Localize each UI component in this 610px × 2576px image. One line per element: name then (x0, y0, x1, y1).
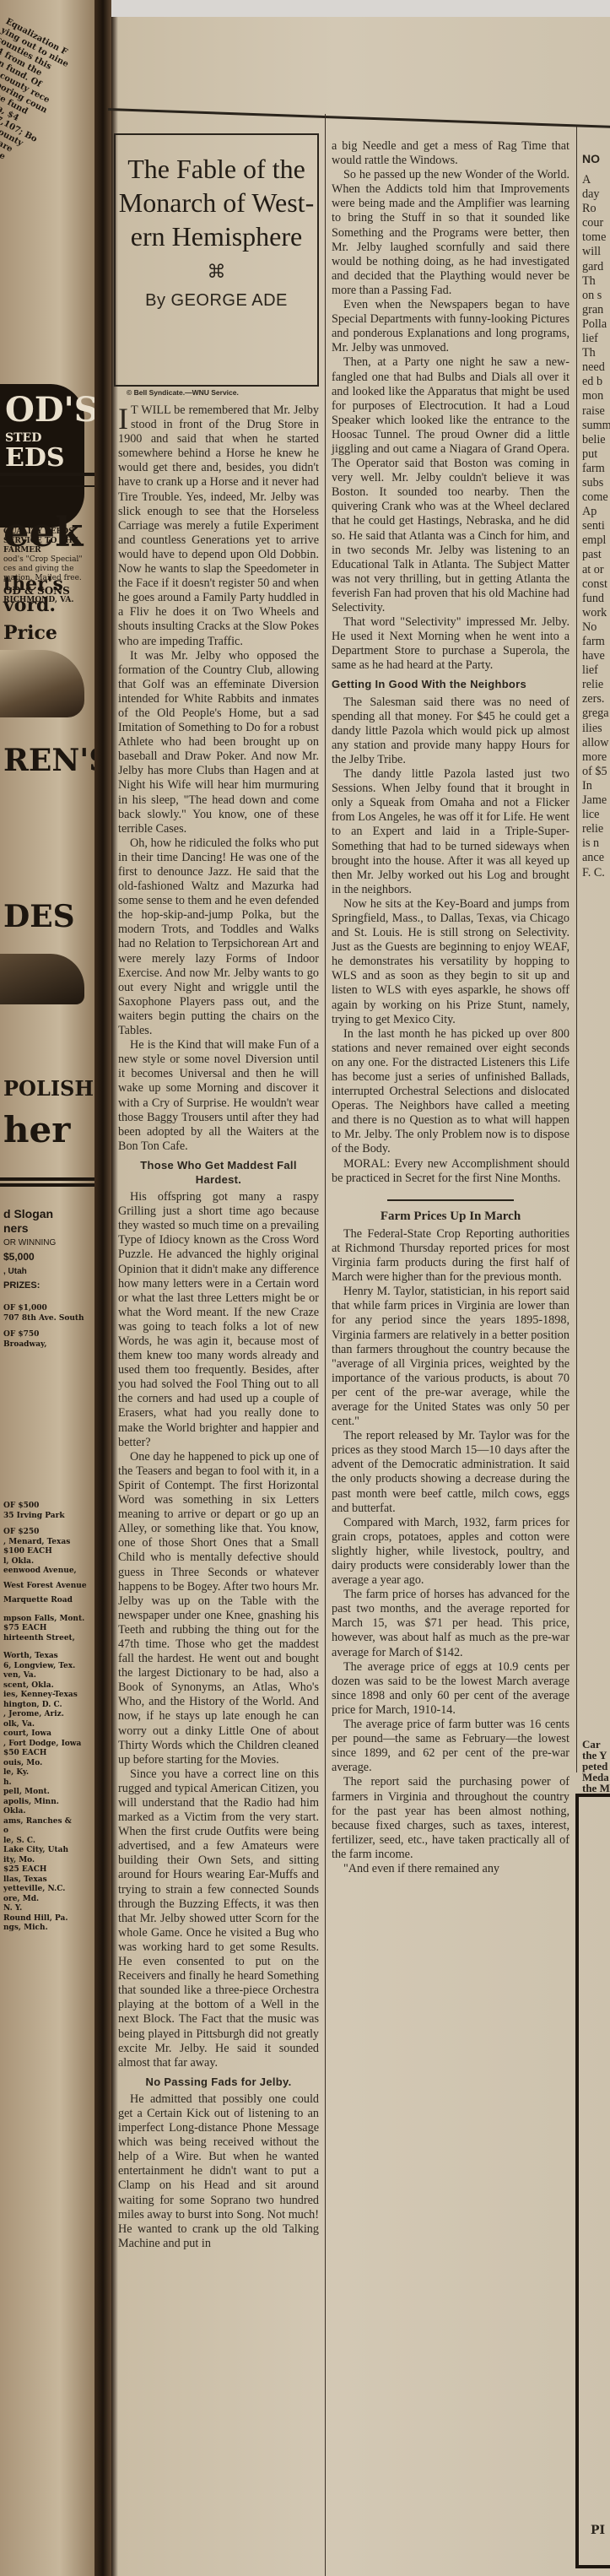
prize-line: pell, Mont. (3, 1788, 96, 1798)
article-paragraph: In the last month he has picked up over … (332, 1027, 570, 1157)
right-line: subs (582, 476, 610, 490)
article-paragraph: The dandy little Pazola lasted just two … (332, 767, 570, 897)
farm-paragraph: Henry M. Taylor, statistician, in his re… (332, 1285, 570, 1429)
prize-line: Marquette Road (3, 1596, 96, 1606)
prize-line: mpson Falls, Mont. (3, 1615, 96, 1625)
right-line: empl (582, 533, 610, 548)
drop-cap: I (118, 405, 128, 432)
right-line: Ro (582, 202, 610, 216)
polish-label: POLISH (3, 1079, 96, 1099)
farm-article-headline: Farm Prices Up In March (332, 1210, 570, 1224)
article-paragraph: Oh, how he ridiculed the folks who put i… (118, 836, 319, 1038)
prize-winners-list: OF $1,000 707 8th Ave. South OF $750 Bro… (3, 1304, 96, 1934)
shoe-illustration (0, 650, 84, 717)
ad-divider (0, 485, 100, 487)
shoe-ad-line2: vord. (3, 595, 96, 615)
ad-divider (0, 473, 100, 476)
right-line: of $5 (582, 765, 610, 779)
paragraph-text: T WILL be remembered that Mr. Jelby stoo… (118, 403, 319, 648)
prize-line: yetteville, N.C. (3, 1885, 96, 1895)
prize-line: $75 EACH (3, 1624, 96, 1634)
prize-line: 6, Longview, Tex. (3, 1662, 96, 1672)
right-line: come (582, 490, 610, 505)
prize-line: ngs, Mich. (3, 1924, 96, 1934)
prize-line: o (3, 1826, 96, 1837)
right-line: will (582, 245, 610, 259)
slogan-amount: $5,000 (3, 1250, 96, 1264)
article-column-2: a big Needle and get a mess of Rag Time … (332, 139, 570, 1876)
ad-divider (0, 1177, 100, 1181)
prize-line: h. (3, 1778, 96, 1789)
right-line: lief (582, 332, 610, 346)
farm-paragraph: The report said the purchasing power of … (332, 1775, 570, 1862)
right-line: Th (582, 274, 610, 289)
article-title: The Fable of the Monarch of West- ern He… (116, 152, 317, 253)
moral-paragraph: MORAL: Every new Accomplishment should b… (332, 1157, 570, 1186)
prize-line: OF $500 (3, 1502, 96, 1512)
right-line: belie (582, 433, 610, 447)
prize-line: Broadway, (3, 1340, 96, 1350)
prize-line: ams, Ranches & (3, 1817, 96, 1827)
right-line: mon (582, 389, 610, 403)
slogan-head2: ners (3, 1221, 96, 1236)
right-line: grega (582, 706, 610, 721)
prize-line: $100 EACH (3, 1547, 96, 1557)
article-paragraph: It was Mr. Jelby who opposed the formati… (118, 649, 319, 836)
article-column-1: IT WILL be remembered that Mr. Jelby sto… (118, 403, 319, 2251)
article-paragraph: He admitted that possibly one could get … (118, 2092, 319, 2251)
right-line: ilies (582, 722, 610, 736)
farm-paragraph: The average price of farm butter was 16 … (332, 1718, 570, 1775)
prize-line: hirteenth Street, (3, 1634, 96, 1644)
right-line: tome (582, 230, 610, 245)
prize-line: olk, Va. (3, 1720, 96, 1730)
article-paragraph: a big Needle and get a mess of Rag Time … (332, 139, 570, 168)
article-paragraph: The Salesman said there was no need of s… (332, 695, 570, 767)
right-line: put (582, 447, 610, 462)
farm-paragraph: The Federal-State Crop Reporting authori… (332, 1227, 570, 1285)
article-paragraph: IT WILL be remembered that Mr. Jelby sto… (118, 403, 319, 649)
prize-line: N. Y. (3, 1904, 96, 1914)
article-paragraph: His offspring got many a raspy Grilling … (118, 1190, 319, 1450)
farm-paragraph: "And even if there remained any (332, 1862, 570, 1876)
right-line: lief (582, 663, 610, 678)
right-line: Th (582, 346, 610, 360)
right-line: ed b (582, 375, 610, 389)
prize-line: le, Ky. (3, 1768, 96, 1778)
column-divider (325, 114, 326, 2576)
slogan-head: d Slogan (3, 1207, 96, 1221)
right-line: allow (582, 736, 610, 750)
right-line: need (582, 360, 610, 375)
article-byline: By GEORGE ADE (116, 291, 317, 311)
prize-line: apolis, Minn. (3, 1798, 96, 1808)
right-line: A (582, 173, 610, 187)
shoe-ad-line1: ther's (3, 574, 96, 594)
right-line: fund (582, 592, 610, 606)
prize-line: , Menard, Texas (3, 1538, 96, 1548)
right-line: cour (582, 216, 610, 230)
prize-line: 35 Irving Park (3, 1512, 96, 1522)
equalization-snippet: Equalization F ying out to nine counties… (0, 17, 90, 186)
slogan-for-winning: OR WINNING (3, 1236, 96, 1250)
right-line: day (582, 187, 610, 202)
article-separator-rule (387, 1199, 514, 1201)
right-line: In (582, 779, 610, 793)
polish-label-2: her (3, 1112, 96, 1148)
right-box-footer: PI (591, 2524, 605, 2537)
farm-paragraph: Compared with March, 1932, farm prices f… (332, 1516, 570, 1588)
right-line: is n (582, 836, 610, 851)
right-column-text: A day Ro cour tome will gard Th on s gra… (582, 173, 610, 880)
farm-paragraph: The farm price of horses has advanced fo… (332, 1588, 570, 1659)
title-line-2: Monarch of West- (116, 186, 317, 219)
right-line: relie (582, 822, 610, 836)
title-line-1: The Fable of the (116, 152, 317, 186)
shoe-ad-brand: REN'S (3, 743, 96, 778)
seed-logo-text: OD'S (5, 389, 79, 431)
slogan-prizes: PRIZES: (3, 1279, 96, 1293)
right-line: Polla (582, 317, 610, 332)
prize-line: Round Hill, Pa. (3, 1914, 96, 1924)
right-line: ance (582, 851, 610, 865)
right-line: on s (582, 289, 610, 303)
prize-line: court, Iowa (3, 1729, 96, 1740)
prize-line: Okla. (3, 1807, 96, 1817)
prize-line: OF $750 (3, 1330, 96, 1340)
prize-line: Worth, Texas (3, 1652, 96, 1662)
prize-line: l, Okla. (3, 1557, 96, 1567)
clover-ornament-icon: ⌘ (116, 262, 317, 283)
page-gutter (94, 0, 111, 2576)
seed-line2: EDS (5, 445, 79, 472)
syndicate-credit: © Bell Syndicate.—WNU Service. (127, 388, 239, 397)
slogan-location: , Utah (3, 1264, 96, 1279)
article-paragraph: That word "Selectivity" impressed Mr. Je… (332, 615, 570, 673)
article-paragraph: One day he happened to pick up one of th… (118, 1450, 319, 1767)
prize-line: , Jerome, Ariz. (3, 1710, 96, 1720)
prize-line: $25 EACH (3, 1865, 96, 1875)
right-box-headline: Car the Y peted Meda the M (582, 1739, 610, 1794)
article-paragraph: He is the Kind that will make Fun of a n… (118, 1038, 319, 1154)
prize-line: Lake City, Utah (3, 1846, 96, 1856)
article-paragraph: Then, at a Party one night he saw a new-… (332, 355, 570, 615)
right-line: raise (582, 404, 610, 419)
right-line: past (582, 548, 610, 562)
article-paragraph: Since you have a correct line on this ru… (118, 1767, 319, 2070)
shoe-ad-headline: eek (3, 515, 96, 550)
right-line: F. C. (582, 866, 610, 880)
shoe-ad-price: Price (3, 623, 96, 643)
right-line: zers. (582, 692, 610, 706)
article-paragraph: So he passed up the new Wonder of the Wo… (332, 168, 570, 298)
prize-line: 707 8th Ave. South (3, 1314, 96, 1324)
right-line: have (582, 649, 610, 663)
section-subhead: Getting In Good With the Neighbors (332, 677, 570, 691)
prize-line: llas, Texas (3, 1875, 96, 1886)
right-line: gran (582, 303, 610, 317)
farm-paragraph: The average price of eggs at 10.9 cents … (332, 1660, 570, 1718)
farm-paragraph: The report released by Mr. Taylor was fo… (332, 1429, 570, 1516)
right-line: Ap (582, 505, 610, 519)
prize-line: hington, D. C. (3, 1701, 96, 1711)
ad-divider (0, 1183, 100, 1187)
right-line: lice (582, 808, 610, 822)
prize-line: le, S. C. (3, 1837, 96, 1847)
prize-line: ore, Md. (3, 1895, 96, 1905)
title-line-3: ern Hemisphere (116, 219, 317, 253)
prize-line: ven, Va. (3, 1671, 96, 1681)
right-line: farm (582, 635, 610, 649)
section-subhead: Those Who Get Maddest Fall Hardest. (118, 1158, 319, 1187)
right-line: senti (582, 519, 610, 533)
box-head-line: the M (582, 1783, 610, 1794)
prize-line: , Fort Dodge, Iowa (3, 1740, 96, 1750)
column-divider (576, 127, 577, 1772)
slogan-ad: d Slogan ners OR WINNING $5,000 , Utah P… (3, 1207, 96, 1293)
right-line: gard (582, 260, 610, 274)
shoe-ad-brand2: DES (3, 899, 96, 934)
right-line: work (582, 606, 610, 620)
right-line: at or (582, 563, 610, 577)
right-line: Jame (582, 793, 610, 808)
prize-line: scent, Okla. (3, 1681, 96, 1691)
prize-line: ies, Kenney-Texas (3, 1691, 96, 1701)
article-paragraph: Now he sits at the Key-Board and jumps f… (332, 897, 570, 1027)
prize-line: OF $1,000 (3, 1304, 96, 1314)
left-page-ads: Equalization F ying out to nine counties… (0, 0, 100, 2576)
right-line: farm (582, 462, 610, 476)
right-ad-box (575, 1794, 610, 2568)
prize-line: $50 EACH (3, 1749, 96, 1759)
right-line: more (582, 750, 610, 765)
shoe-illustration-2 (0, 954, 84, 1004)
prize-line: ity, Mo. (3, 1856, 96, 1866)
seed-ad-logo: OD'S STED EDS (0, 384, 84, 528)
background-sky (93, 0, 610, 17)
right-line: relie (582, 678, 610, 692)
right-column-headline: NO (582, 152, 600, 165)
prize-line: eenwood Avenue, (3, 1567, 96, 1577)
right-line: summ (582, 419, 610, 433)
right-line: No (582, 620, 610, 635)
prize-line: OF $250 (3, 1528, 96, 1538)
right-line: const (582, 577, 610, 592)
prize-line: ouis, Mo. (3, 1759, 96, 1769)
section-subhead: No Passing Fads for Jelby. (118, 2075, 319, 2089)
prize-line: West Forest Avenue (3, 1582, 96, 1592)
article-title-box: The Fable of the Monarch of West- ern He… (114, 133, 319, 387)
article-paragraph: Even when the Newspapers began to have S… (332, 298, 570, 355)
